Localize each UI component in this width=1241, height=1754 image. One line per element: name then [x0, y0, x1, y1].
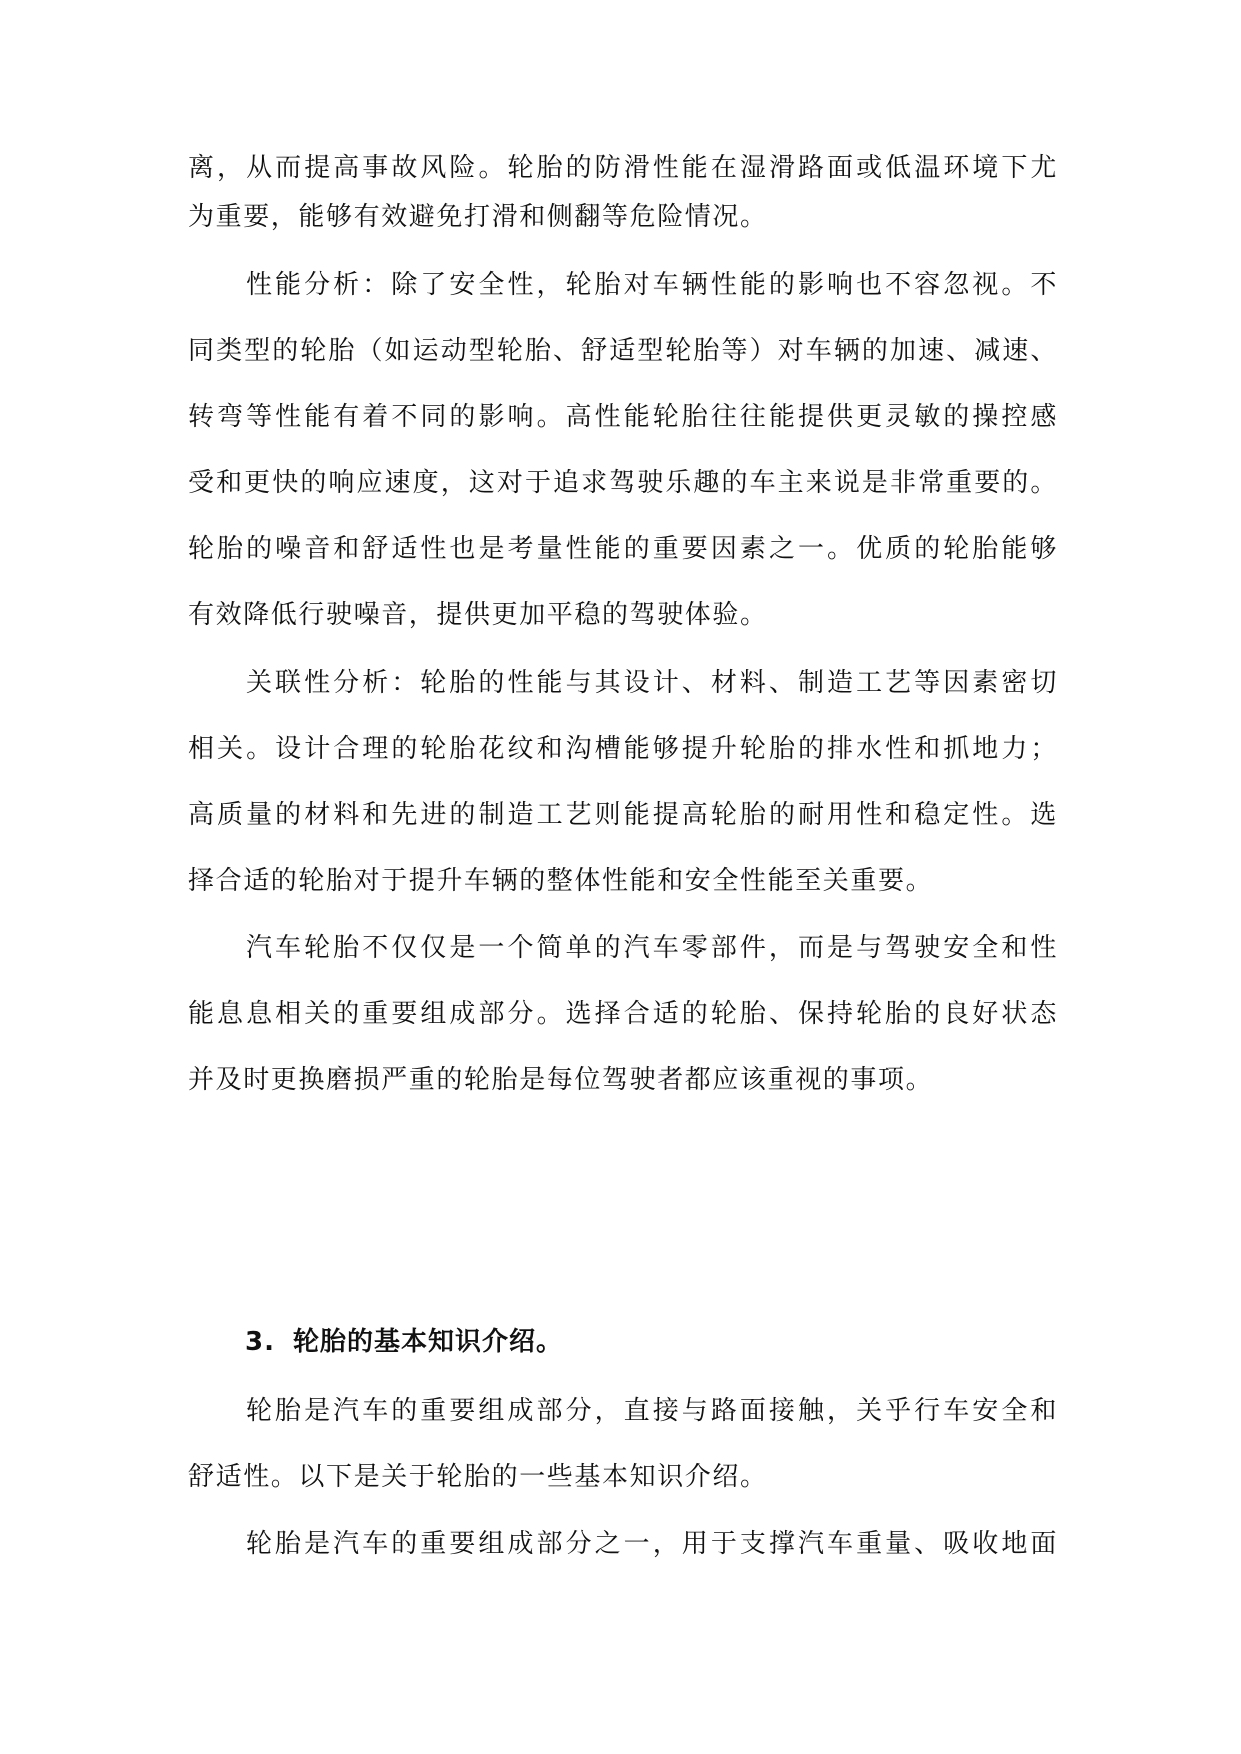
paragraph-line: 受和更快的响应速度，这对于追求驾驶乐趣的车主来说是非常重要的。	[188, 466, 1058, 500]
paragraph-line: 能息息相关的重要组成部分。选择合适的轮胎、保持轮胎的良好状态	[188, 997, 1058, 1031]
paragraph-line: 性能分析：除了安全性，轮胎对车辆性能的影响也不容忽视。不	[246, 268, 1058, 302]
paragraph-line: 同类型的轮胎（如运动型轮胎、舒适型轮胎等）对车辆的加速、减速、	[188, 334, 1058, 368]
paragraph-line: 并及时更换磨损严重的轮胎是每位驾驶者都应该重视的事项。	[188, 1063, 1058, 1097]
section-number: 3.	[245, 1327, 275, 1357]
paragraph-line: 舒适性。以下是关于轮胎的一些基本知识介绍。	[188, 1460, 1058, 1494]
paragraph-line: 离，从而提高事故风险。轮胎的防滑性能在湿滑路面或低温环境下尤	[188, 151, 1058, 185]
paragraph-line: 择合适的轮胎对于提升车辆的整体性能和安全性能至关重要。	[188, 864, 1058, 898]
section-title: 轮胎的基本知识介绍。	[293, 1327, 563, 1357]
section-heading: 3.轮胎的基本知识介绍。	[245, 1325, 563, 1359]
paragraph-line: 轮胎是汽车的重要组成部分，直接与路面接触，关乎行车安全和	[246, 1394, 1058, 1428]
paragraph-line: 转弯等性能有着不同的影响。高性能轮胎往往能提供更灵敏的操控感	[188, 400, 1058, 434]
paragraph-line: 汽车轮胎不仅仅是一个简单的汽车零部件，而是与驾驶安全和性	[246, 931, 1058, 965]
paragraph-line: 轮胎的噪音和舒适性也是考量性能的重要因素之一。优质的轮胎能够	[188, 532, 1058, 566]
paragraph-line: 有效降低行驶噪音，提供更加平稳的驾驶体验。	[188, 598, 1058, 632]
paragraph-line: 相关。设计合理的轮胎花纹和沟槽能够提升轮胎的排水性和抓地力；	[188, 732, 1058, 766]
paragraph-line: 高质量的材料和先进的制造工艺则能提高轮胎的耐用性和稳定性。选	[188, 798, 1058, 832]
paragraph-line: 为重要，能够有效避免打滑和侧翻等危险情况。	[188, 200, 1058, 234]
paragraph-line: 关联性分析：轮胎的性能与其设计、材料、制造工艺等因素密切	[246, 666, 1058, 700]
document-page: 离，从而提高事故风险。轮胎的防滑性能在湿滑路面或低温环境下尤 为重要，能够有效避…	[0, 0, 1241, 1754]
paragraph-line: 轮胎是汽车的重要组成部分之一，用于支撑汽车重量、吸收地面	[246, 1527, 1058, 1561]
